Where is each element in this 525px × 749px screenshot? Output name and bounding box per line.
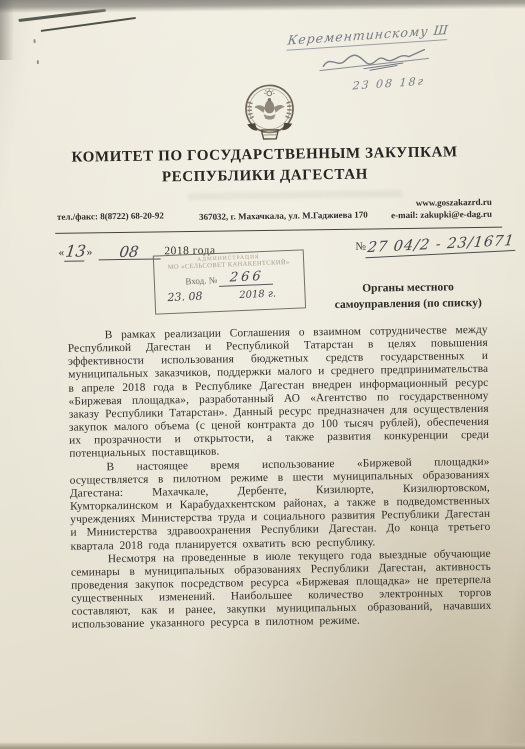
stamp-date-year: 2018 г.	[239, 289, 276, 302]
coat-of-arms-icon	[238, 81, 301, 151]
paper-bottom-edge-shadow	[0, 742, 525, 749]
document-photo: Керементинскому Ш 23 08 18г	[0, 0, 525, 749]
handwritten-resolution: Керементинскому Ш 23 08 18г	[287, 19, 481, 96]
stamp-date-day: 23. 08	[167, 290, 203, 304]
email: e-mail: zakupki@e-dag.ru	[391, 208, 492, 221]
number-sign: №	[355, 241, 366, 253]
web-contacts: www.goszakazrd.ru e-mail: zakupki@e-dag.…	[391, 196, 492, 221]
quote-open: «	[58, 247, 64, 259]
letter-content: Керементинскому Ш 23 08 18г	[0, 0, 525, 749]
incoming-label: Вход. №	[185, 275, 217, 286]
addressee-block: Органы местного самоуправления (по списк…	[319, 279, 497, 313]
handwritten-month: 08	[119, 243, 140, 261]
pencil-dot	[37, 60, 39, 64]
month-blank: 08	[98, 240, 160, 260]
handwritten-number: 27 04/2 - 23/1671	[365, 233, 517, 258]
paragraph: В настоящее время использование «Биржево…	[69, 455, 490, 553]
paper-left-edge-shadow	[0, 0, 14, 60]
handwritten-day: 13	[64, 241, 87, 261]
letter-body: В рамках реализации Соглашения о взаимно…	[68, 324, 492, 632]
addressee-line2: самоуправления (по списку)	[319, 295, 497, 313]
pen-mark	[41, 17, 136, 32]
paragraph: Несмотря на проведенные в июле текущего …	[71, 548, 492, 633]
phone-fax: тел./факс: 8(8722) 68-20-92	[57, 210, 164, 221]
org-title: КОМИТЕТ ПО ГОСУДАРСТВЕННЫМ ЗАКУПКАМ РЕСП…	[2, 141, 525, 190]
postal-address: 367032, г. Махачкала, ул. М.Гаджиева 170	[199, 210, 368, 222]
signature-icon	[316, 44, 439, 76]
pencil-dot	[34, 39, 36, 43]
quote-close: »	[87, 246, 93, 258]
paragraph: В рамках реализации Соглашения о взаимно…	[68, 324, 490, 461]
outgoing-number: №27 04/2 - 23/1671	[355, 234, 516, 255]
incoming-stamp: АДМИНИСТРАЦИЯ МО «СЕЛЬСОВЕТ КАНАКЕНТСКИЙ…	[153, 249, 306, 314]
incoming-number: 266	[219, 269, 274, 287]
